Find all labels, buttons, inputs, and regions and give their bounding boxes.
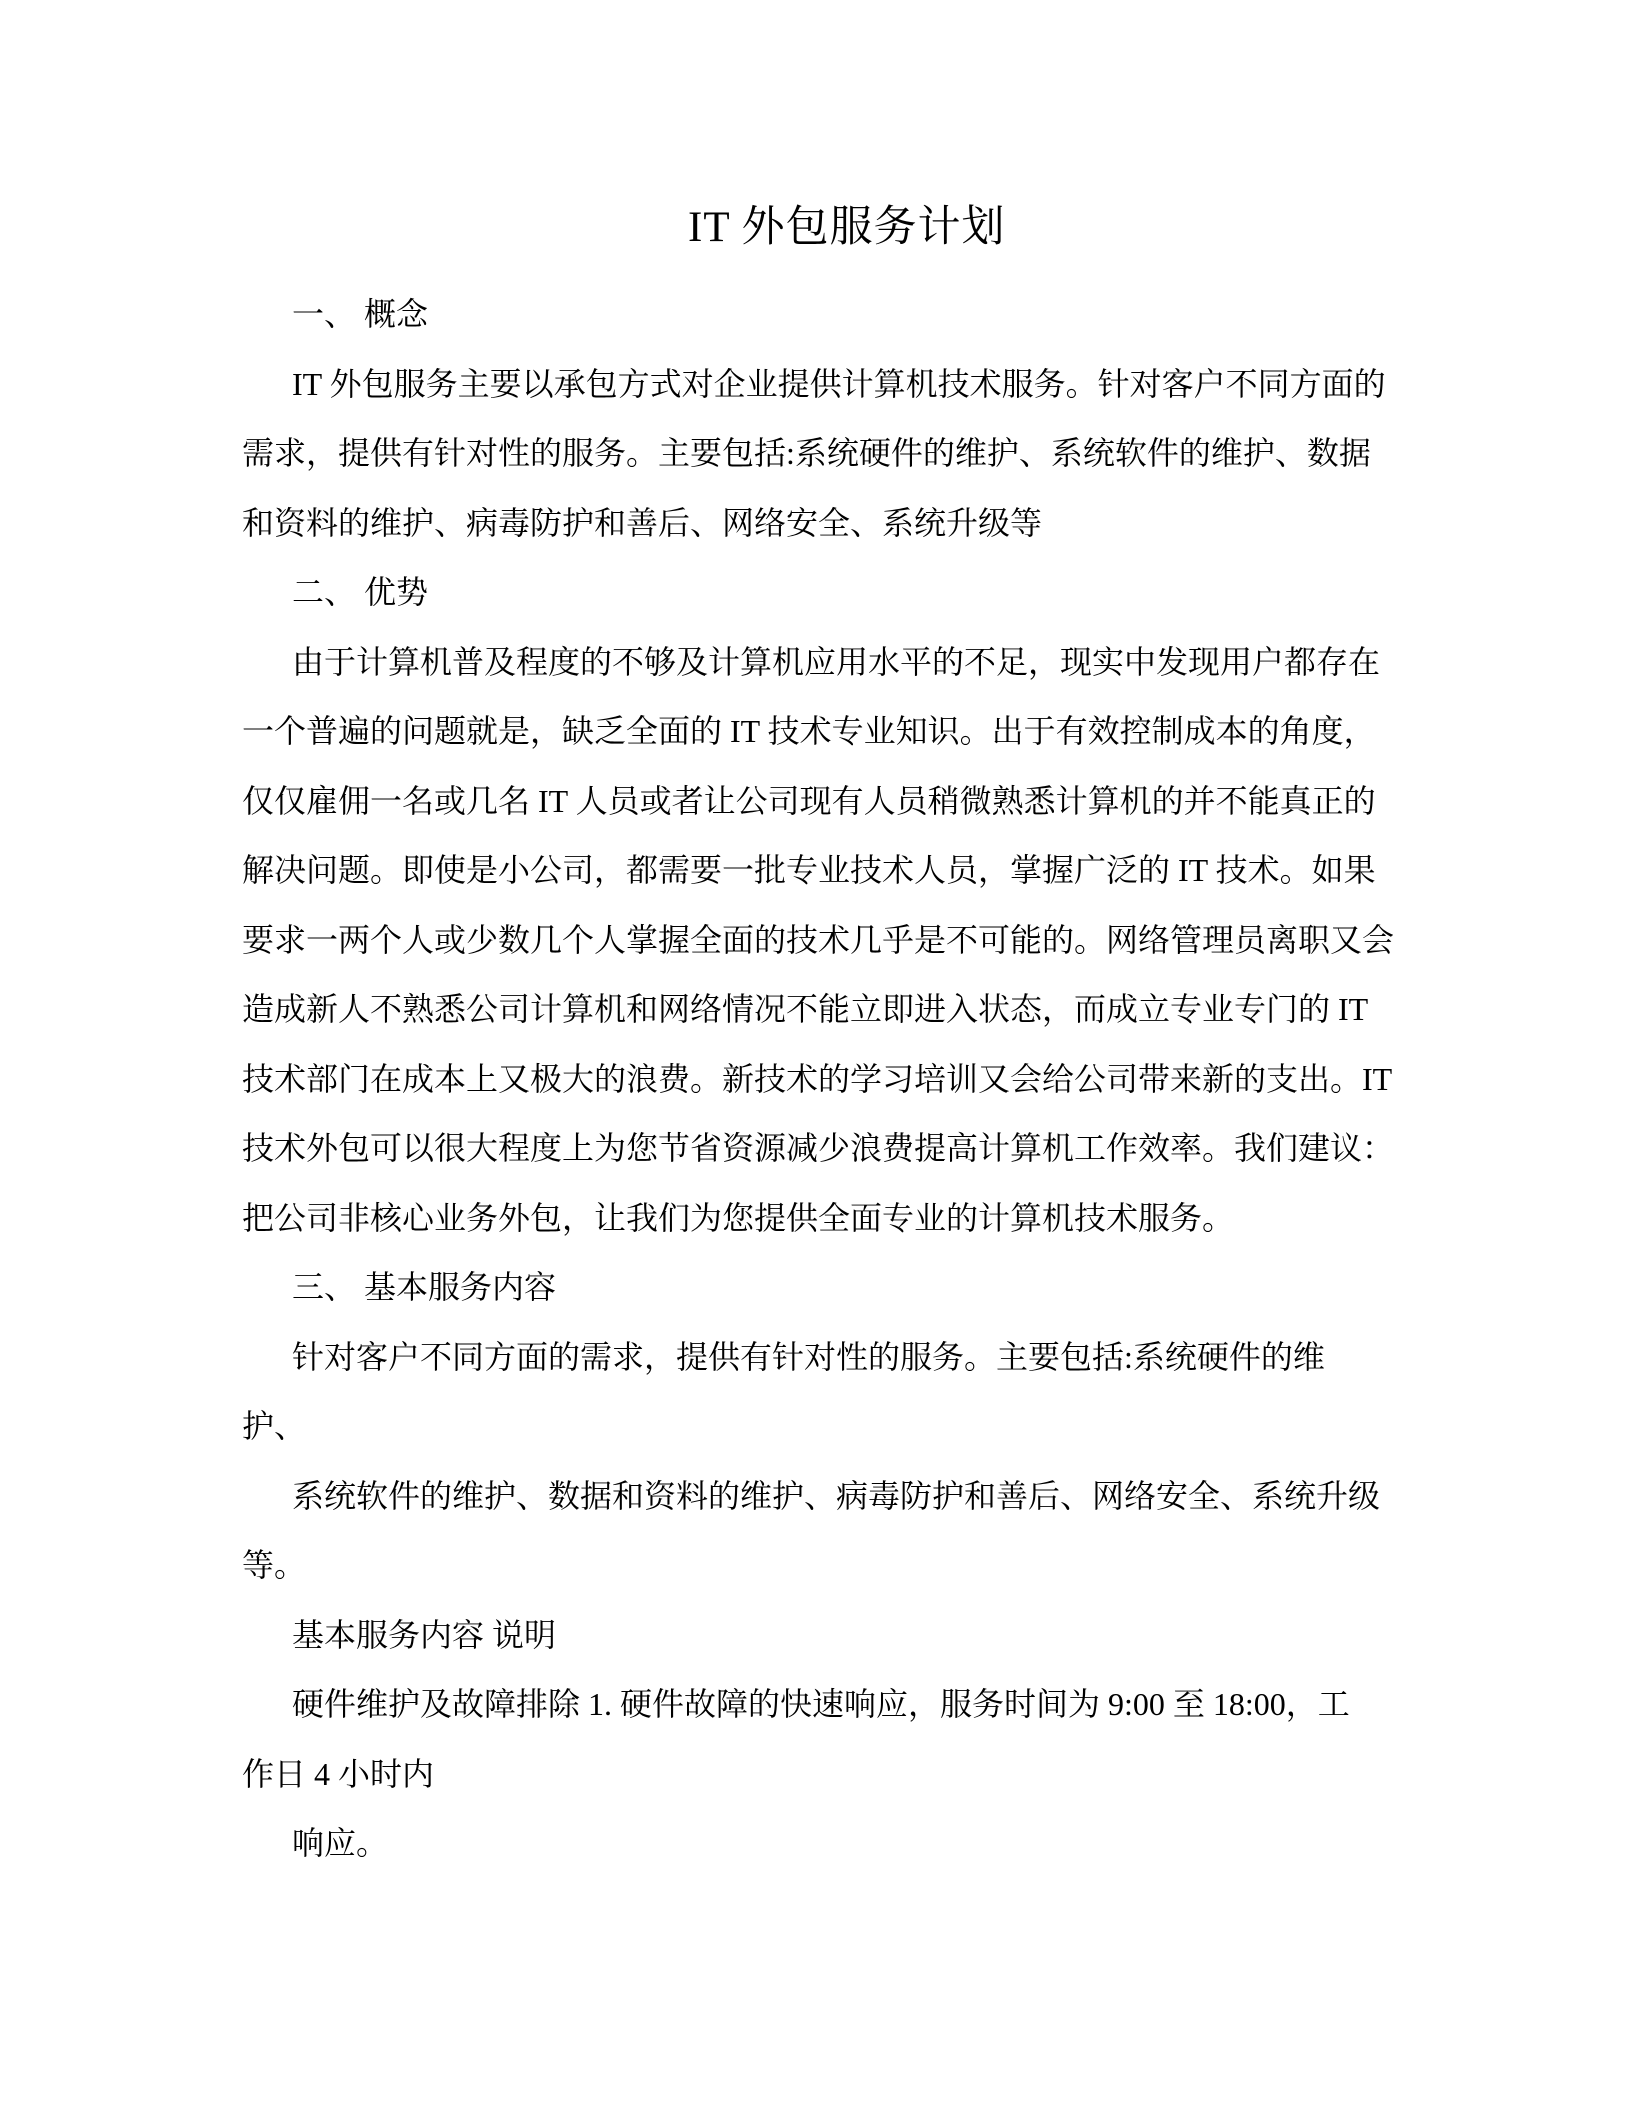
text-line: 造成新人不熟悉公司计算机和网络情况不能立即进入状态，而成立专业专门的 IT bbox=[242, 975, 1368, 1044]
text-line: 技术外包可以很大程度上为您节省资源减少浪费提高计算机工作效率。我们建议： bbox=[242, 1114, 1394, 1183]
text-line: 由于计算机普及程度的不够及计算机应用水平的不足，现实中发现用户都存在 bbox=[292, 628, 1380, 697]
document-page: IT 外包服务计划 一、 概念 IT 外包服务主要以承包方式对企业提供计算机技术… bbox=[0, 0, 1632, 2112]
text-line: 和资料的维护、病毒防护和善后、网络安全、系统升级等 bbox=[242, 489, 1042, 558]
text-line: 作日 4 小时内 bbox=[242, 1740, 434, 1809]
text-line: 把公司非核心业务外包，让我们为您提供全面专业的计算机技术服务。 bbox=[242, 1184, 1234, 1253]
text-line: 一个普遍的问题就是，缺乏全面的 IT 技术专业知识。出于有效控制成本的角度， bbox=[242, 697, 1376, 766]
text-line: 响应。 bbox=[292, 1809, 388, 1878]
text-line: 针对客户不同方面的需求，提供有针对性的服务。主要包括:系统硬件的维 bbox=[292, 1323, 1325, 1392]
text-line: 系统软件的维护、数据和资料的维护、病毒防护和善后、网络安全、系统升级 bbox=[292, 1462, 1380, 1531]
text-line: 仅仅雇佣一名或几名 IT 人员或者让公司现有人员稍微熟悉计算机的并不能真正的 bbox=[242, 767, 1376, 836]
text-line: 要求一两个人或少数几个人掌握全面的技术几乎是不可能的。网络管理员离职又会 bbox=[242, 906, 1394, 975]
text-line: 需求，提供有针对性的服务。主要包括:系统硬件的维护、系统软件的维护、数据 bbox=[242, 419, 1371, 488]
text-line: 基本服务内容 说明 bbox=[292, 1601, 556, 1670]
section-heading: 二、 优势 bbox=[292, 558, 428, 627]
text-line: 护、 bbox=[242, 1392, 306, 1461]
text-line: 技术部门在成本上又极大的浪费。新技术的学习培训又会给公司带来新的支出。IT bbox=[242, 1045, 1392, 1114]
text-line: 硬件维护及故障排除 1. 硬件故障的快速响应，服务时间为 9:00 至 18:0… bbox=[292, 1670, 1350, 1739]
text-line: 等。 bbox=[242, 1531, 306, 1600]
section-heading: 三、 基本服务内容 bbox=[292, 1253, 556, 1322]
section-heading: 一、 概念 bbox=[292, 280, 428, 349]
text-line: 解决问题。即使是小公司，都需要一批专业技术人员，掌握广泛的 IT 技术。如果 bbox=[242, 836, 1376, 905]
text-line: IT 外包服务主要以承包方式对企业提供计算机技术服务。针对客户不同方面的 bbox=[292, 350, 1386, 419]
document-title: IT 外包服务计划 bbox=[688, 198, 1006, 258]
